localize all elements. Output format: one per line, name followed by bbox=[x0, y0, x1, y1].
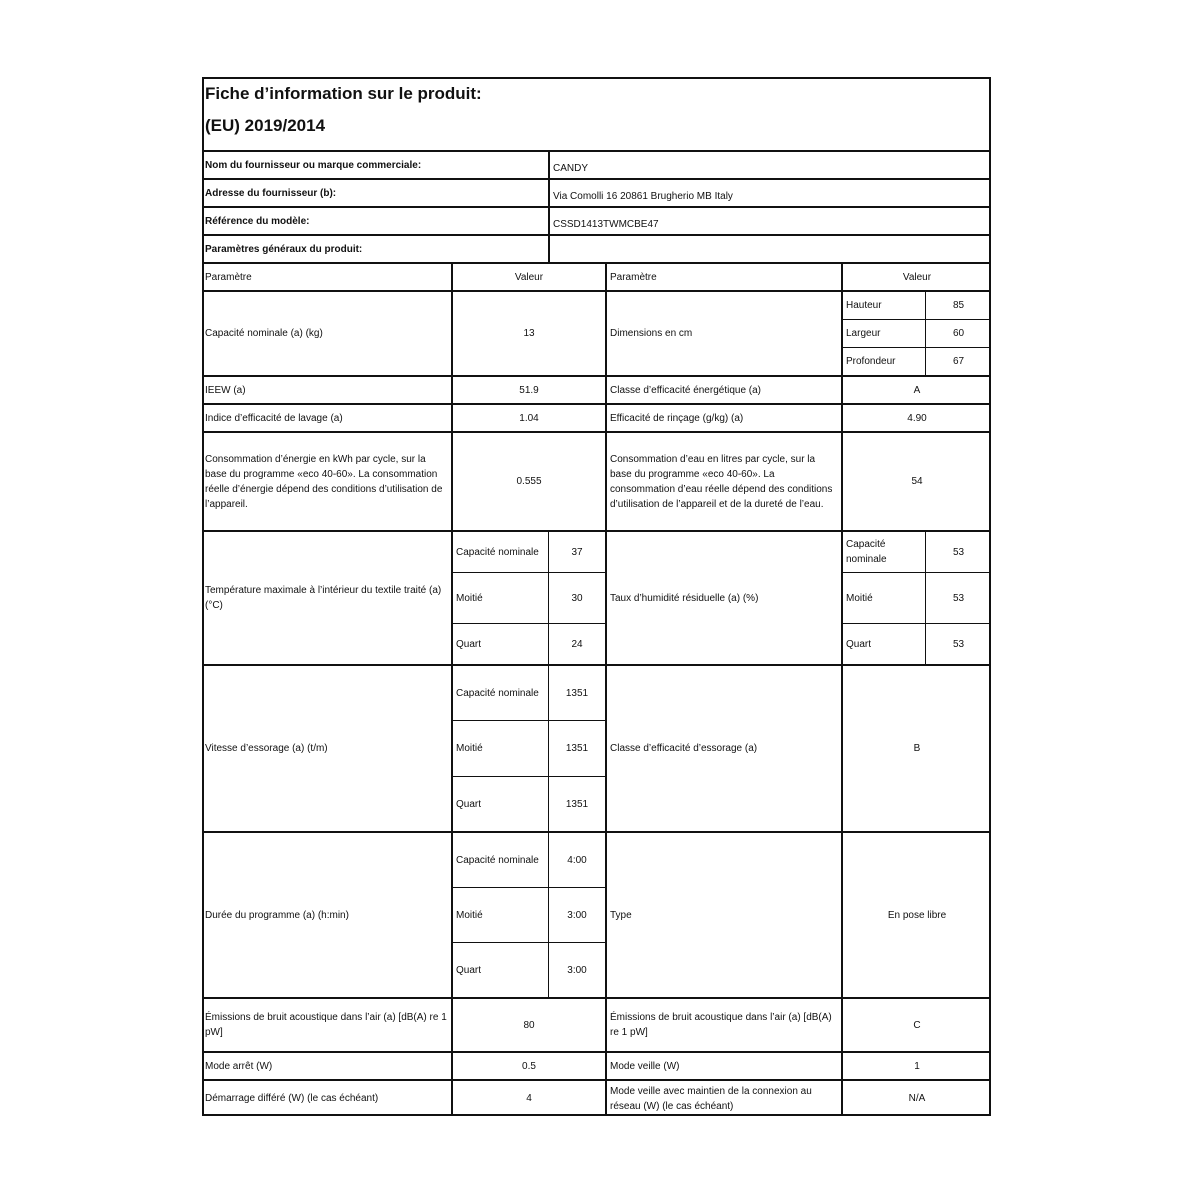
regulation-reference: (EU) 2019/2014 bbox=[202, 110, 991, 142]
max-temperature-sub-label: Moitié bbox=[451, 572, 548, 623]
spin-speed-sub-value: 1351 bbox=[548, 776, 605, 831]
water-consumption-value: 54 bbox=[841, 431, 991, 530]
noise-emission-value: 80 bbox=[451, 997, 605, 1051]
off-mode-label: Mode arrêt (W) bbox=[202, 1051, 451, 1079]
supplier-name-value: CANDY bbox=[548, 150, 991, 178]
spin-speed-sub-label: Quart bbox=[451, 776, 548, 831]
networked-standby-value: N/A bbox=[841, 1079, 991, 1116]
spin-speed-sub-value: 1351 bbox=[548, 720, 605, 776]
programme-duration-sub-value: 3:00 bbox=[548, 887, 605, 942]
standby-mode-value: 1 bbox=[841, 1051, 991, 1079]
max-temperature-sub-label: Capacité nominale bbox=[451, 530, 548, 572]
supplier-name-label: Nom du fournisseur ou marque commerciale… bbox=[202, 150, 548, 178]
max-temperature-label: Température maximale à l’intérieur du te… bbox=[202, 530, 451, 664]
spin-class-label: Classe d’efficacité d’essorage (a) bbox=[605, 664, 841, 831]
programme-duration-sub-label: Moitié bbox=[451, 887, 548, 942]
programme-duration-sub-label: Quart bbox=[451, 942, 548, 997]
noise-class-label: Émissions de bruit acoustique dans l’air… bbox=[605, 997, 841, 1051]
networked-standby-label: Mode veille avec maintien de la connexio… bbox=[605, 1079, 841, 1116]
dimension-label: Hauteur bbox=[841, 290, 925, 319]
energy-consumption-label: Consommation d’énergie en kWh par cycle,… bbox=[202, 431, 451, 530]
residual-moisture-label: Taux d’humidité résiduelle (a) (%) bbox=[605, 530, 841, 664]
supplier-address-value: Via Comolli 16 20861 Brugherio MB Italy bbox=[548, 178, 991, 206]
washing-index-value: 1.04 bbox=[451, 403, 605, 431]
ieew-label: IEEW (a) bbox=[202, 375, 451, 403]
spin-speed-sub-value: 1351 bbox=[548, 664, 605, 720]
noise-emission-label: Émissions de bruit acoustique dans l’air… bbox=[202, 997, 451, 1051]
ieew-value: 51.9 bbox=[451, 375, 605, 403]
page-title: Fiche d’information sur le produit: bbox=[202, 80, 991, 108]
residual-moisture-sub-value: 53 bbox=[925, 572, 991, 623]
programme-duration-label: Durée du programme (a) (h:min) bbox=[202, 831, 451, 997]
supplier-address-label: Adresse du fournisseur (b): bbox=[202, 178, 548, 206]
delayed-start-label: Démarrage différé (W) (le cas échéant) bbox=[202, 1079, 451, 1116]
programme-duration-sub-label: Capacité nominale bbox=[451, 831, 548, 887]
max-temperature-sub-value: 37 bbox=[548, 530, 605, 572]
dimensions-label: Dimensions en cm bbox=[605, 290, 841, 375]
residual-moisture-sub-label: Quart bbox=[841, 623, 925, 664]
water-consumption-label: Consommation d’eau en litres par cycle, … bbox=[605, 431, 841, 530]
dimension-label: Profondeur bbox=[841, 347, 925, 375]
spin-class-value: B bbox=[841, 664, 991, 831]
max-temperature-sub-value: 30 bbox=[548, 572, 605, 623]
type-label: Type bbox=[605, 831, 841, 997]
dimension-label: Largeur bbox=[841, 319, 925, 347]
noise-class-value: C bbox=[841, 997, 991, 1051]
washing-index-label: Indice d’efficacité de lavage (a) bbox=[202, 403, 451, 431]
rinsing-effectiveness-label: Efficacité de rinçage (g/kg) (a) bbox=[605, 403, 841, 431]
general-parameters-label: Paramètres généraux du produit: bbox=[202, 234, 548, 262]
spin-speed-sub-label: Moitié bbox=[451, 720, 548, 776]
energy-class-label: Classe d’efficacité énergétique (a) bbox=[605, 375, 841, 403]
capacity-label: Capacité nominale (a) (kg) bbox=[202, 290, 451, 375]
residual-moisture-sub-label: Moitié bbox=[841, 572, 925, 623]
off-mode-value: 0.5 bbox=[451, 1051, 605, 1079]
delayed-start-value: 4 bbox=[451, 1079, 605, 1116]
energy-class-value: A bbox=[841, 375, 991, 403]
programme-duration-sub-value: 4:00 bbox=[548, 831, 605, 887]
residual-moisture-sub-label: Capacité nominale bbox=[841, 530, 925, 572]
programme-duration-sub-value: 3:00 bbox=[548, 942, 605, 997]
dimension-value: 85 bbox=[925, 290, 991, 319]
residual-moisture-sub-value: 53 bbox=[925, 530, 991, 572]
spin-speed-sub-label: Capacité nominale bbox=[451, 664, 548, 720]
spin-speed-label: Vitesse d’essorage (a) (t/m) bbox=[202, 664, 451, 831]
residual-moisture-sub-value: 53 bbox=[925, 623, 991, 664]
column-header-parameter: Paramètre bbox=[605, 262, 841, 290]
dimension-value: 60 bbox=[925, 319, 991, 347]
model-reference-label: Référence du modèle: bbox=[202, 206, 548, 234]
max-temperature-sub-label: Quart bbox=[451, 623, 548, 664]
column-header-value: Valeur bbox=[451, 262, 605, 290]
type-value: En pose libre bbox=[841, 831, 991, 997]
product-information-sheet: Fiche d’information sur le produit:(EU) … bbox=[202, 77, 991, 1116]
column-header-parameter: Paramètre bbox=[202, 262, 451, 290]
model-reference-value: CSSD1413TWMCBE47 bbox=[548, 206, 991, 234]
general-parameters-value bbox=[548, 234, 991, 262]
capacity-value: 13 bbox=[451, 290, 605, 375]
rinsing-effectiveness-value: 4.90 bbox=[841, 403, 991, 431]
dimension-value: 67 bbox=[925, 347, 991, 375]
column-header-value: Valeur bbox=[841, 262, 991, 290]
energy-consumption-value: 0.555 bbox=[451, 431, 605, 530]
max-temperature-sub-value: 24 bbox=[548, 623, 605, 664]
standby-mode-label: Mode veille (W) bbox=[605, 1051, 841, 1079]
